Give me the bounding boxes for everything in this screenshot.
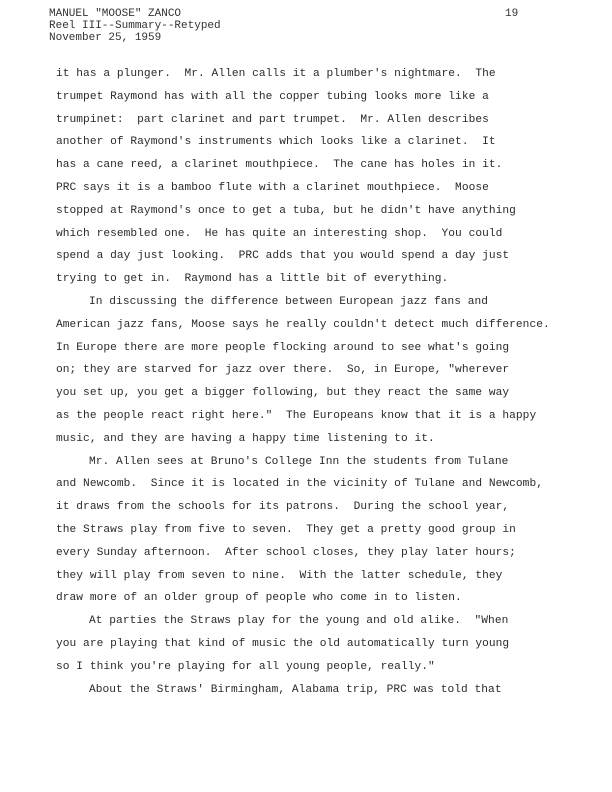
- text-line: you are playing that kind of music the o…: [56, 633, 576, 656]
- page-number: 19: [505, 8, 518, 20]
- text-line: PRC says it is a bamboo flute with a cla…: [56, 177, 576, 200]
- text-line: stopped at Raymond's once to get a tuba,…: [56, 200, 576, 223]
- text-line: the Straws play from five to seven. They…: [56, 519, 576, 542]
- paragraph-start-line: In discussing the difference between Eur…: [56, 291, 576, 314]
- document-page: MANUEL "MOOSE" ZANCO Reel III--Summary--…: [0, 0, 612, 792]
- text-line: trying to get in. Raymond has a little b…: [56, 268, 576, 291]
- text-line: draw more of an older group of people wh…: [56, 587, 576, 610]
- paragraph-start-line: About the Straws' Birmingham, Alabama tr…: [56, 679, 576, 702]
- paragraph-start-line: At parties the Straws play for the young…: [56, 610, 576, 633]
- text-line: music, and they are having a happy time …: [56, 428, 576, 451]
- text-line: every Sunday afternoon. After school clo…: [56, 542, 576, 565]
- text-line: so I think you're playing for all young …: [56, 656, 576, 679]
- document-header: MANUEL "MOOSE" ZANCO Reel III--Summary--…: [49, 8, 221, 44]
- text-line: it has a plunger. Mr. Allen calls it a p…: [56, 63, 576, 86]
- text-line: American jazz fans, Moose says he really…: [56, 314, 576, 337]
- text-line: trumpinet: part clarinet and part trumpe…: [56, 109, 576, 132]
- text-line: on; they are starved for jazz over there…: [56, 359, 576, 382]
- text-line: which resembled one. He has quite an int…: [56, 223, 576, 246]
- header-interviewee: MANUEL "MOOSE" ZANCO: [49, 8, 221, 20]
- text-line: they will play from seven to nine. With …: [56, 565, 576, 588]
- text-line: it draws from the schools for its patron…: [56, 496, 576, 519]
- text-line: In Europe there are more people flocking…: [56, 337, 576, 360]
- document-body: it has a plunger. Mr. Allen calls it a p…: [56, 63, 576, 701]
- text-line: you set up, you get a bigger following, …: [56, 382, 576, 405]
- text-line: spend a day just looking. PRC adds that …: [56, 245, 576, 268]
- header-reel: Reel III--Summary--Retyped: [49, 20, 221, 32]
- text-line: trumpet Raymond has with all the copper …: [56, 86, 576, 109]
- text-line: as the people react right here." The Eur…: [56, 405, 576, 428]
- text-line: another of Raymond's instruments which l…: [56, 131, 576, 154]
- text-line: has a cane reed, a clarinet mouthpiece. …: [56, 154, 576, 177]
- text-line: and Newcomb. Since it is located in the …: [56, 473, 576, 496]
- header-date: November 25, 1959: [49, 32, 221, 44]
- paragraph-start-line: Mr. Allen sees at Bruno's College Inn th…: [56, 451, 576, 474]
